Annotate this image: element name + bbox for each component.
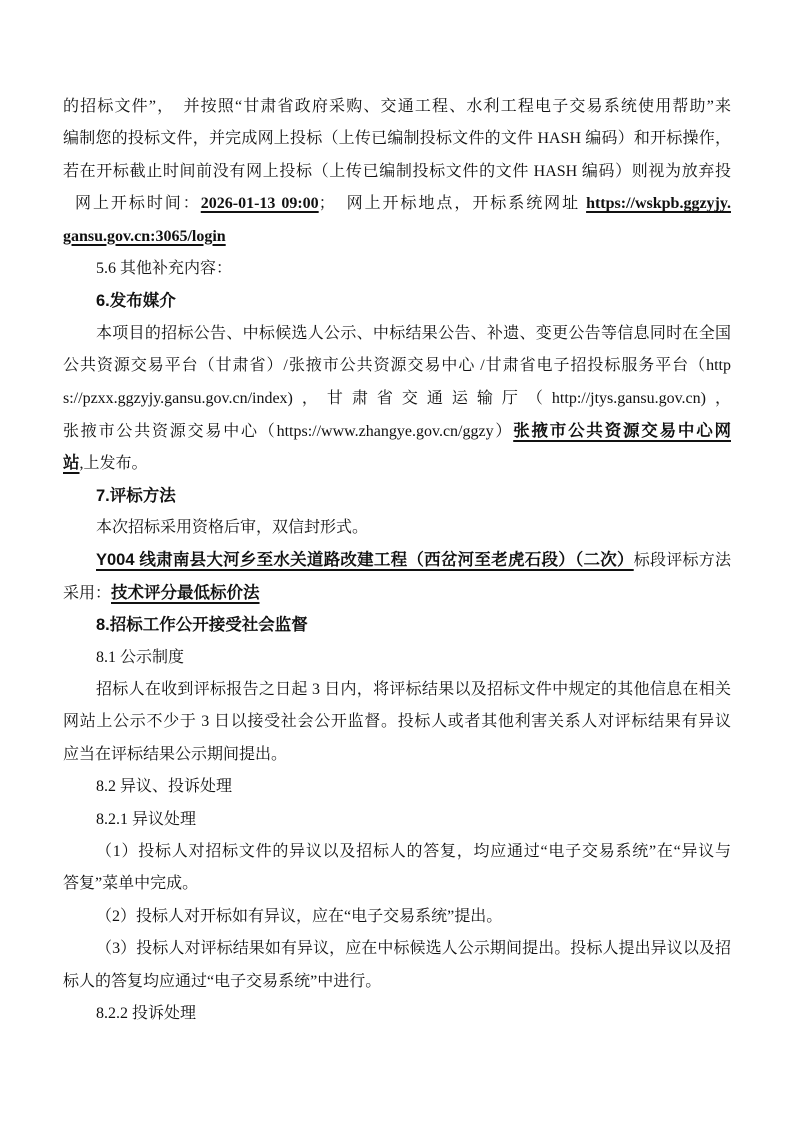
document-body: 的招标文件”， 并按照“甘肃省政府采购、交通工程、水利工程电子交易系统使用帮助”… xyxy=(63,91,731,1030)
document-line: 8.2.2 投诉处理 xyxy=(63,998,731,1030)
document-line: 张掖市公共资源交易中心（https://www.zhangye.gov.cn/g… xyxy=(63,415,731,447)
section-heading: 7.评标方法 xyxy=(96,487,176,505)
text-run: 8.2.2 投诉处理 xyxy=(96,1005,196,1022)
document-line: 编制您的投标文件，并完成网上投标（上传已编制投标文件的文件 HASH 编码）和开… xyxy=(63,123,731,155)
document-line: 6.发布媒介 xyxy=(63,285,731,317)
section-heading: 6.发布媒介 xyxy=(96,292,176,310)
text-run: 本项目的招标公告、中标候选人公示、中标结果公告、补遗、变更公告等信息同时在全国 xyxy=(96,325,731,342)
document-line: s://pzxx.ggzyjy.gansu.gov.cn/index)，甘肃省交… xyxy=(63,383,731,415)
document-line: 网上开标时间：2026-01-13 09:00； 网上开标地点，开标系统网址 h… xyxy=(63,188,731,220)
document-line: 5.6 其他补充内容： xyxy=(63,253,731,285)
document-line: 本次招标采用资格后审，双信封形式。 xyxy=(63,512,731,544)
text-run: s://pzxx.ggzyjy.gansu.gov.cn/index)，甘肃省交… xyxy=(63,390,731,407)
document-line: 网站上公示不少于 3 日以接受社会公开监督。投标人或者其他利害关系人对评标结果有… xyxy=(63,706,731,738)
document-line: 答复”菜单中完成。 xyxy=(63,868,731,900)
link-text: gansu.gov.cn:3065/login xyxy=(63,228,226,245)
document-line: 招标人在收到评标报告之日起 3 日内，将评标结果以及招标文件中规定的其他信息在相… xyxy=(63,674,731,706)
document-line: Y004 线肃南县大河乡至水关道路改建工程（西岔河至老虎石段）（二次）标段评标方… xyxy=(63,544,731,576)
text-run: 8.1 公示制度 xyxy=(96,649,184,666)
text-run: 张掖市公共资源交易中心（https://www.zhangye.gov.cn/g… xyxy=(63,423,513,440)
text-run: 本次招标采用资格后审，双信封形式。 xyxy=(96,519,368,536)
text-run: 编制您的投标文件，并完成网上投标（上传已编制投标文件的文件 HASH 编码）和开… xyxy=(63,130,731,147)
document-line: 的招标文件”， 并按照“甘肃省政府采购、交通工程、水利工程电子交易系统使用帮助”… xyxy=(63,91,731,123)
document-line: 站,上发布。 xyxy=(63,447,731,479)
link-text: 2026-01-13 09:00 xyxy=(201,195,319,212)
document-line: （2）投标人对开标如有异议，应在“电子交易系统”提出。 xyxy=(63,901,731,933)
text-run: Y004 线肃南县大河乡至水关道路改建工程（西岔河至老虎石段）（二次） xyxy=(96,551,634,569)
text-run: 标人的答复均应通过“电子交易系统”中进行。 xyxy=(63,973,381,990)
document-line: 8.2 异议、投诉处理 xyxy=(63,771,731,803)
document-line: （3）投标人对评标结果如有异议，应在中标候选人公示期间提出。投标人提出异议以及招 xyxy=(63,933,731,965)
document-line: 公共资源交易平台（甘肃省）/张掖市公共资源交易中心 /甘肃省电子招投标服务平台（… xyxy=(63,350,731,382)
document-line: （1）投标人对招标文件的异议以及招标人的答复，均应通过“电子交易系统”在“异议与 xyxy=(63,836,731,868)
text-run: 公共资源交易平台（甘肃省）/张掖市公共资源交易中心 /甘肃省电子招投标服务平台（… xyxy=(63,357,731,374)
document-line: 标人的答复均应通过“电子交易系统”中进行。 xyxy=(63,966,731,998)
text-run: 站 xyxy=(63,454,80,472)
text-run: （3）投标人对评标结果如有异议，应在中标候选人公示期间提出。投标人提出异议以及招 xyxy=(96,940,731,957)
text-run: 采用： xyxy=(63,585,111,602)
text-run: 8.2.1 异议处理 xyxy=(96,811,196,828)
text-run: 网上开标时间： xyxy=(75,195,201,212)
text-run: 招标人在收到评标报告之日起 3 日内，将评标结果以及招标文件中规定的其他信息在相… xyxy=(96,681,731,698)
text-run: 网站上公示不少于 3 日以接受社会公开监督。投标人或者其他利害关系人对评标结果有… xyxy=(63,713,731,738)
document-line: 本项目的招标公告、中标候选人公示、中标结果公告、补遗、变更公告等信息同时在全国 xyxy=(63,318,731,350)
document-line: 8.2.1 异议处理 xyxy=(63,804,731,836)
text-run: ； 网上开标地点，开标系统网址 xyxy=(319,195,586,212)
document-line: gansu.gov.cn:3065/login xyxy=(63,221,731,253)
text-run: 技术评分最低标价法 xyxy=(111,584,260,602)
text-run: 应当在评标结果公示期间提出。 xyxy=(63,746,287,763)
text-run: 若在开标截止时间前没有网上投标（上传已编制投标文件的文件 HASH 编码）则视为… xyxy=(63,163,731,188)
text-run: 张掖市公共资源交易中心网 xyxy=(513,422,731,440)
document-line: 8.1 公示制度 xyxy=(63,642,731,674)
text-run: 标段评标方法 xyxy=(634,552,731,569)
text-run: （2）投标人对开标如有异议，应在“电子交易系统”提出。 xyxy=(96,908,502,925)
document-line: 采用：技术评分最低标价法 xyxy=(63,577,731,609)
section-heading: 8.招标工作公开接受社会监督 xyxy=(96,616,308,634)
document-line: 应当在评标结果公示期间提出。 xyxy=(63,739,731,771)
text-run: 8.2 异议、投诉处理 xyxy=(96,778,232,795)
document-line: 若在开标截止时间前没有网上投标（上传已编制投标文件的文件 HASH 编码）则视为… xyxy=(63,156,731,188)
text-run: （1）投标人对招标文件的异议以及招标人的答复，均应通过“电子交易系统”在“异议与 xyxy=(96,843,731,860)
text-run: 答复”菜单中完成。 xyxy=(63,875,198,892)
document-page: 的招标文件”， 并按照“甘肃省政府采购、交通工程、水利工程电子交易系统使用帮助”… xyxy=(0,0,793,1122)
text-run: 5.6 其他补充内容： xyxy=(96,260,232,277)
document-line: 7.评标方法 xyxy=(63,480,731,512)
document-line: 8.招标工作公开接受社会监督 xyxy=(63,609,731,641)
link-text: https://wskpb.ggzyjy. xyxy=(586,195,731,212)
text-run: 的招标文件”， 并按照“甘肃省政府采购、交通工程、水利工程电子交易系统使用帮助”… xyxy=(63,98,731,115)
text-run: ,上发布。 xyxy=(80,455,148,472)
